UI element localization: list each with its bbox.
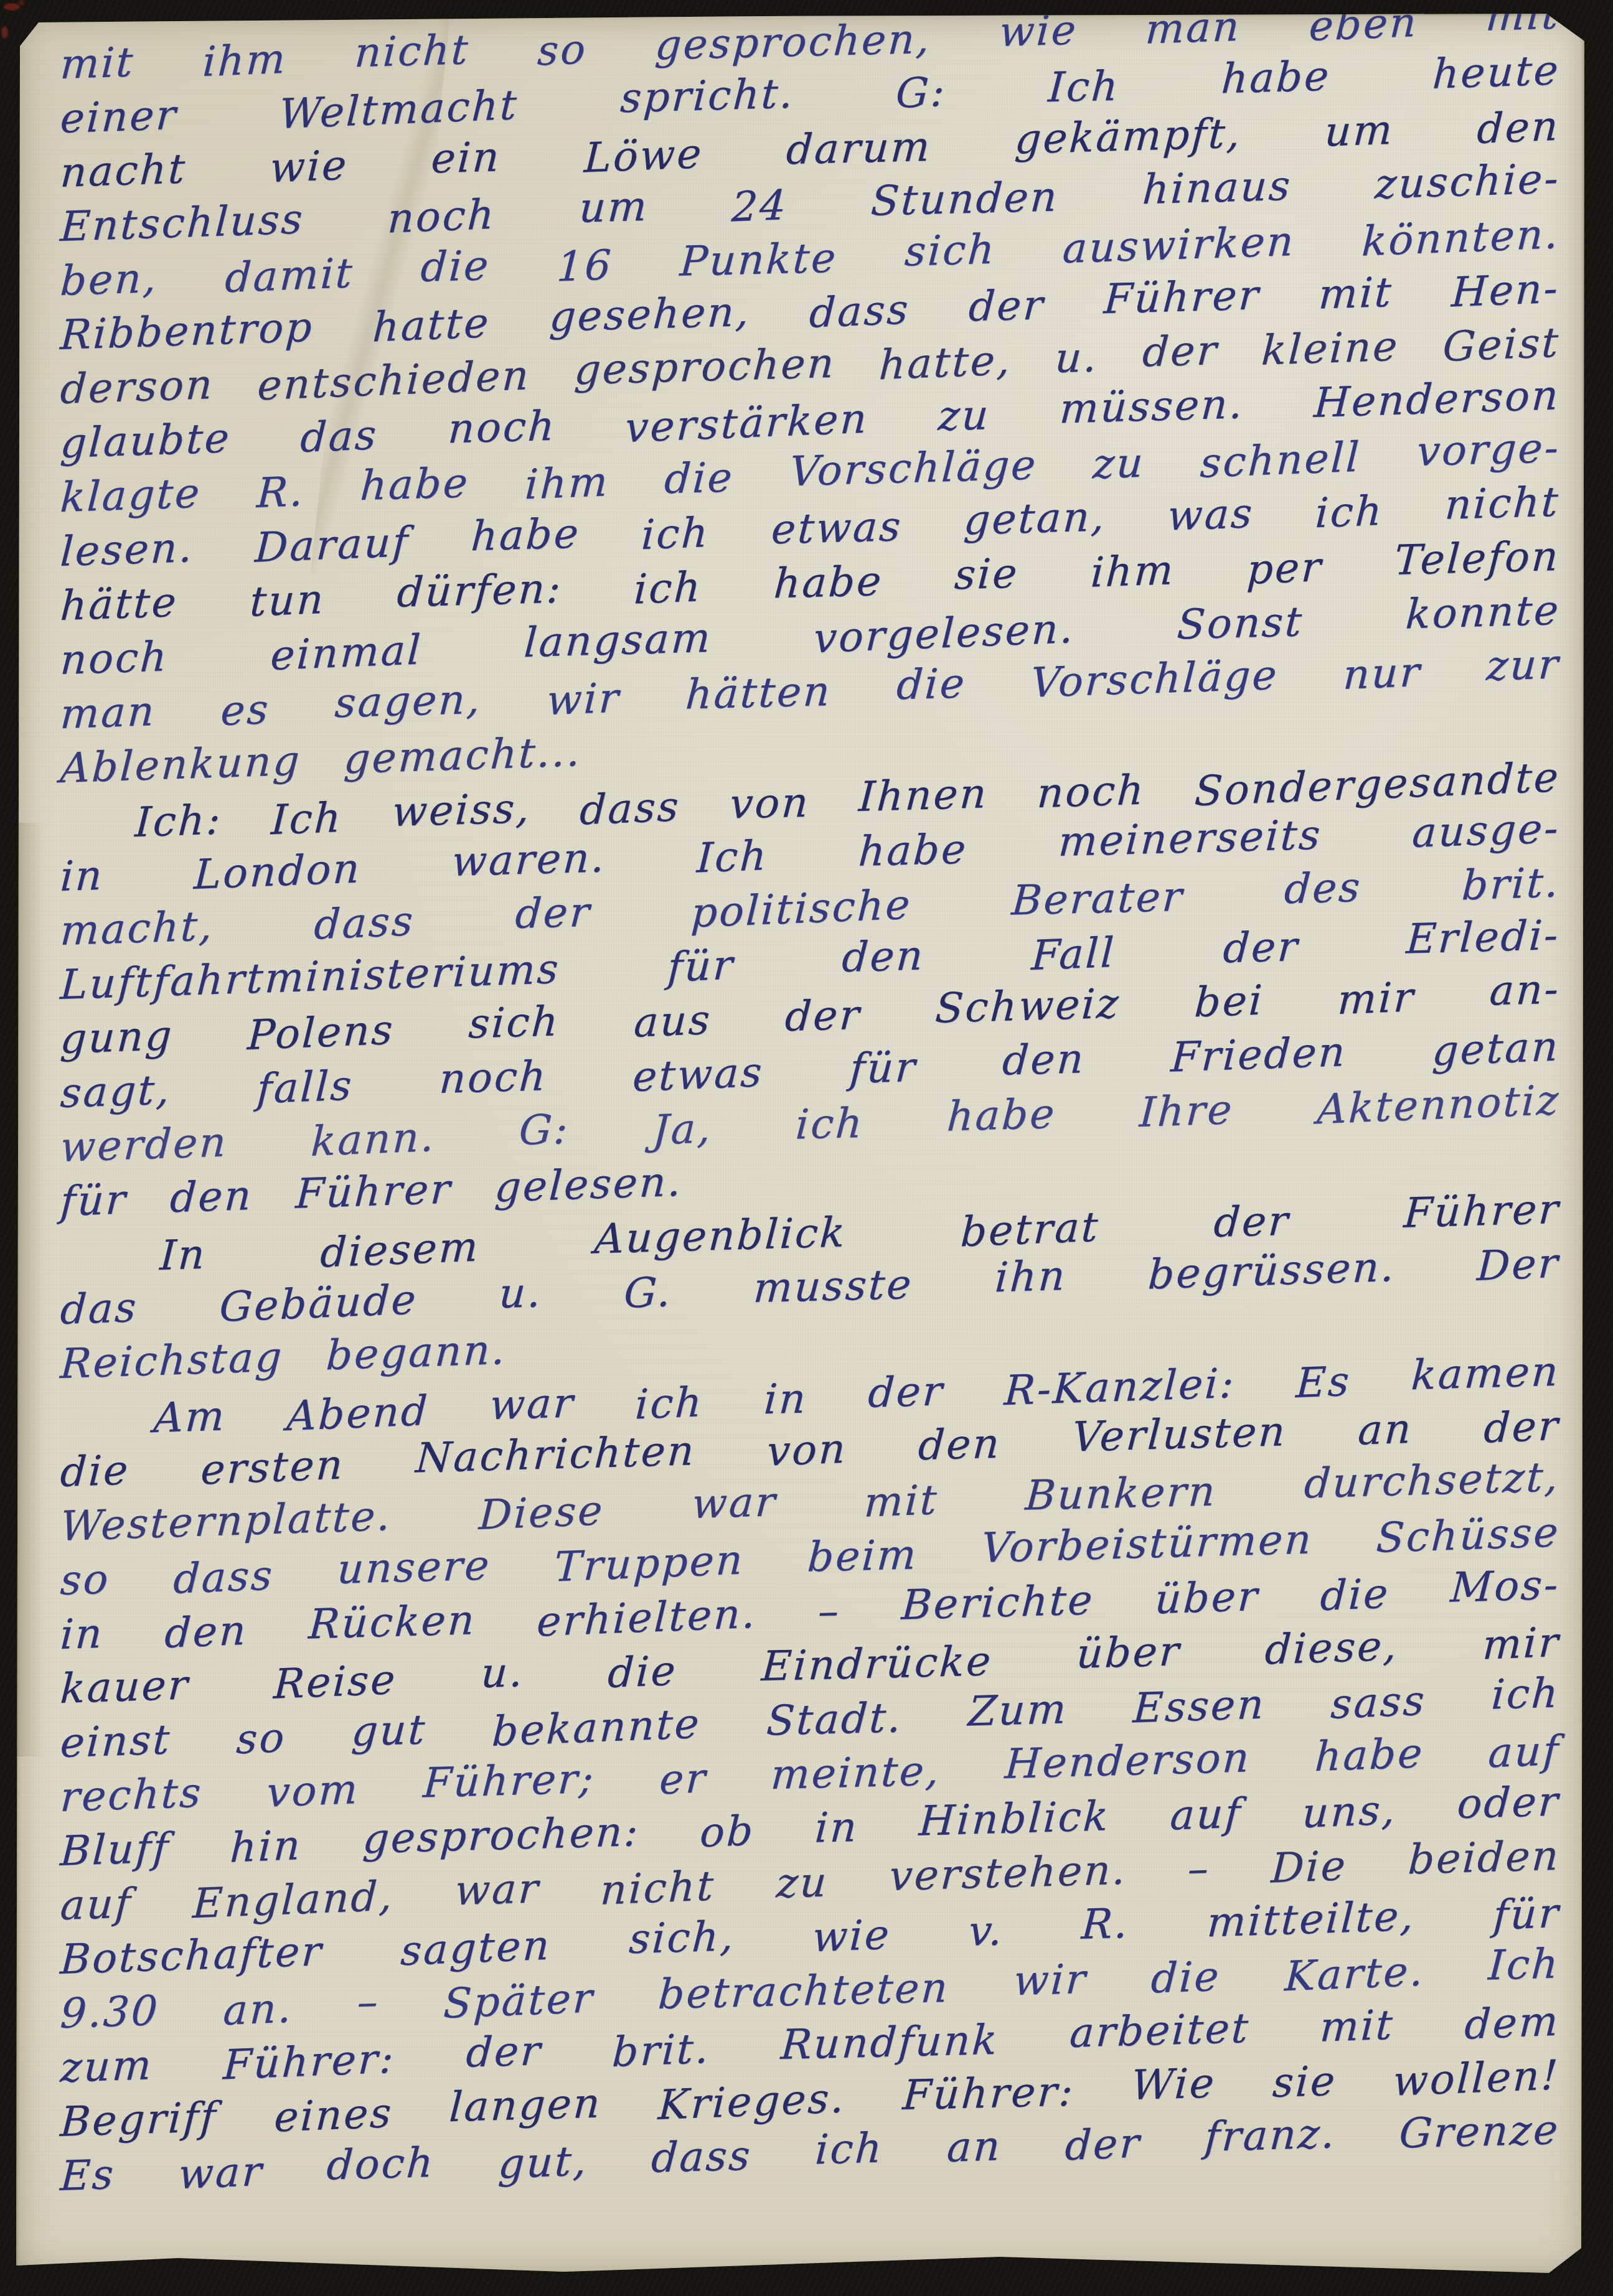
word: Am [153, 1389, 228, 1445]
word: die [607, 1643, 679, 1700]
word: nicht [353, 22, 471, 80]
word: er [658, 1751, 708, 1807]
word: für [848, 1040, 918, 1096]
word: den [1001, 1031, 1087, 1088]
word: Nachrichten [414, 1423, 697, 1485]
word: mitteilte, [1206, 1889, 1417, 1950]
word: ich [641, 505, 712, 562]
word: erhielten. [535, 1586, 758, 1649]
word: per [1245, 540, 1324, 597]
word: heute [1431, 43, 1561, 101]
word: vom [265, 1762, 360, 1820]
word: England, [192, 1868, 395, 1931]
word: zu [1091, 436, 1146, 492]
word: mir [1481, 1615, 1561, 1672]
word: hätte [59, 575, 180, 633]
word: Truppen [553, 1532, 745, 1594]
word: einer [59, 88, 179, 146]
word: den [163, 1603, 248, 1661]
word: auswirken [1061, 214, 1297, 276]
word: wir [1012, 1952, 1089, 2008]
word: nacht [59, 141, 189, 200]
word: Punkte [679, 231, 839, 289]
word: betrachteten [657, 1961, 951, 2022]
word: um [578, 179, 650, 235]
word: wie [268, 138, 349, 195]
word: Bluff [59, 1820, 172, 1878]
word: sagten [399, 1918, 552, 1979]
word: schnell [1199, 429, 1362, 490]
word: der [514, 885, 593, 942]
word: Grenze [1398, 2102, 1561, 2160]
word: Geist [1441, 315, 1561, 374]
word: ihm [201, 32, 288, 89]
word: so [536, 22, 588, 78]
word: ihm [524, 454, 610, 512]
word: brit. [1460, 855, 1561, 912]
word: kauer [59, 1657, 191, 1716]
word: franz. [1203, 2106, 1338, 2164]
word: spricht. [619, 66, 796, 125]
word: bei [1193, 973, 1265, 1029]
word: eines [273, 2086, 394, 2145]
word: brit. [611, 2022, 712, 2079]
word: begrüssen. [1147, 1240, 1397, 1302]
word: der [967, 278, 1046, 334]
word: habe [946, 1087, 1058, 1144]
word: 16 [556, 238, 614, 294]
word: in [762, 1371, 809, 1427]
word: über [1075, 1624, 1182, 1681]
word: das [299, 408, 380, 465]
word: von [766, 1422, 849, 1479]
word: sie [1271, 2054, 1338, 2111]
word: nicht [1444, 475, 1562, 532]
word: dem [1464, 1994, 1561, 2052]
word: einst [59, 1712, 173, 1770]
word: Bunkern [1024, 1464, 1219, 1522]
word: an [946, 2119, 1004, 2175]
scan-artifact [4, 3, 20, 11]
word: Fall [1030, 925, 1117, 983]
word: mit [59, 35, 136, 91]
word: In [159, 1227, 208, 1283]
word: zur [1485, 637, 1561, 693]
word: kamen [1410, 1344, 1562, 1403]
word: den [916, 1417, 1002, 1473]
word: an [1357, 1402, 1414, 1458]
word: nicht [599, 1858, 717, 1917]
word: dürfen: [395, 561, 564, 620]
word: arbeitet [1068, 2001, 1251, 2060]
word: sagen, [334, 672, 484, 731]
word: dass [172, 1548, 275, 1606]
word: Diese [478, 1483, 606, 1542]
word: lesen. [59, 520, 195, 579]
word: habe [359, 456, 471, 513]
word: damit [223, 246, 355, 305]
word: noch [446, 399, 558, 456]
scan-background: mitihmnichtsogesprochen,wiemanebenmitein… [0, 0, 1613, 2296]
word: werden [59, 1115, 230, 1174]
word: ersten [200, 1437, 346, 1497]
word: gesprochen, [654, 14, 933, 72]
word: war [690, 1474, 779, 1531]
word: in [59, 1606, 105, 1662]
word: man [1144, 14, 1242, 57]
word: meinerseits [1056, 808, 1323, 869]
word: Stadt. [764, 1690, 904, 1748]
word: Schüsse [1375, 1505, 1561, 1565]
scan-artifact [19, 0, 24, 6]
word: noch [386, 187, 497, 246]
word: könnten. [1361, 207, 1561, 269]
word: glaubte [59, 411, 233, 471]
word: den [1476, 99, 1561, 156]
word: den [840, 928, 926, 985]
word: Ribbentrop [59, 300, 316, 362]
word: Ich [1487, 1936, 1562, 1992]
word: Schweiz [934, 977, 1122, 1036]
word: Entschluss [59, 192, 306, 254]
word: der [1064, 2116, 1142, 2173]
word: tun [248, 572, 326, 629]
word: die [1319, 1567, 1391, 1624]
word: mit [1319, 1998, 1396, 2055]
word: noch [1036, 762, 1147, 820]
word: durchsetzt, [1303, 1450, 1561, 1511]
word: über [1154, 1569, 1261, 1627]
word: macht, [59, 899, 216, 958]
word: der [1483, 1399, 1561, 1456]
word: ich [633, 560, 703, 616]
word: Mos- [1449, 1558, 1562, 1615]
word: Berater [1010, 869, 1186, 928]
word: Vorbeistürmen [980, 1512, 1315, 1575]
word: Rücken [307, 1593, 477, 1651]
word: dass [313, 894, 416, 952]
handwriting-block: mitihmnichtsogesprochen,wiemanebenmitein… [60, 37, 1561, 2203]
word: Ihnen [857, 766, 990, 824]
word: u. [1053, 330, 1100, 385]
word: weiss, [390, 781, 532, 839]
word: gung [59, 1008, 175, 1066]
word: Henderson [1004, 1730, 1253, 1791]
word: die [895, 656, 967, 712]
word: Telefon [1393, 529, 1562, 588]
word: – [355, 1974, 381, 2029]
word: in [813, 1800, 860, 1855]
word: der [784, 988, 863, 1044]
word: Führer; [422, 1751, 597, 1811]
word: Rundfunk [779, 2013, 1000, 2072]
word: sich [903, 222, 998, 279]
word: etwas [769, 499, 904, 556]
word: ich [1314, 484, 1385, 540]
word: das [59, 1280, 139, 1337]
word: habe [1220, 49, 1332, 106]
word: R. [1080, 1896, 1131, 1952]
word: der [867, 1364, 946, 1420]
word: konnte [1404, 583, 1561, 642]
word: sass [1330, 1673, 1427, 1731]
word: rechts [59, 1765, 204, 1824]
word: meinte, [769, 1743, 943, 1802]
word: aus [633, 993, 713, 1050]
word: getan [1431, 1019, 1561, 1078]
word: Verlusten [1071, 1404, 1289, 1464]
word: Karte. [1283, 1944, 1426, 2003]
word: 24 [730, 178, 789, 235]
word: ben, [59, 251, 160, 308]
word: Es [59, 2147, 117, 2203]
word: dass [578, 779, 682, 838]
word: es [220, 682, 271, 738]
word: wir [545, 670, 621, 728]
word: so [59, 1552, 111, 1608]
word: uns, [1301, 1783, 1398, 1840]
word: derson [59, 357, 216, 416]
word: für [1492, 1886, 1561, 1942]
word: getan, [962, 489, 1108, 547]
word: gut, [497, 2134, 589, 2191]
word: Hen- [1451, 261, 1561, 319]
word: hatte [371, 296, 491, 355]
word: war [488, 1375, 576, 1432]
word: habe [772, 554, 885, 611]
word: habe [1314, 1726, 1426, 1784]
word: habe [470, 506, 582, 563]
word: Führer: [901, 2064, 1076, 2122]
word: so [235, 1710, 288, 1766]
word: ihm [1089, 543, 1177, 600]
word: auf [1169, 1786, 1243, 1843]
word: auf [59, 1876, 134, 1933]
word: der [464, 2023, 543, 2080]
word: in [59, 848, 105, 904]
word: falls [255, 1058, 354, 1116]
word: v. [967, 1903, 1005, 1959]
word: London [193, 841, 363, 902]
word: – [816, 1584, 842, 1639]
word: Ihre [1138, 1082, 1235, 1140]
word: langsam [523, 611, 714, 670]
word: wie [811, 1907, 892, 1964]
word: Führer [1102, 268, 1261, 326]
word: wollen! [1392, 2048, 1561, 2109]
word: noch [438, 1049, 549, 1106]
word: ich [814, 2120, 885, 2177]
word: Später [442, 1970, 595, 2031]
word: – [1187, 1841, 1212, 1896]
word: war [177, 2144, 265, 2202]
word: Frieden [1170, 1024, 1348, 1084]
word: hätten [684, 664, 833, 722]
word: Ja, [651, 1101, 713, 1158]
word: Henderson [1312, 368, 1561, 430]
word: war [453, 1861, 542, 1918]
word: Augenblick [593, 1205, 848, 1266]
word: doch [326, 2135, 437, 2193]
word: gesprochen: [361, 1804, 641, 1866]
word: hin [229, 1818, 303, 1875]
word: Die [1269, 1839, 1348, 1896]
word: 9.30 [59, 1984, 161, 2041]
word: G: [895, 65, 948, 121]
word: musste [752, 1257, 915, 1315]
word: die [1150, 1949, 1222, 2006]
word: diese, [1264, 1618, 1400, 1677]
word: die [59, 1443, 131, 1499]
word: ob [698, 1804, 756, 1860]
word: Begriff [59, 2090, 219, 2149]
word: gekämpft, [1013, 106, 1243, 167]
word: mit [1317, 265, 1394, 322]
word: die [663, 450, 736, 506]
word: was [1166, 486, 1255, 543]
word: Ich [270, 790, 344, 848]
word: wie [998, 14, 1079, 59]
word: für [666, 938, 736, 995]
word: der [1221, 919, 1300, 975]
word: R. [255, 464, 306, 520]
word: zum [59, 2038, 155, 2095]
word: vorge- [1415, 421, 1561, 479]
word: Führer: [222, 2031, 397, 2092]
word: des [1283, 860, 1363, 917]
word: Ich [1046, 59, 1121, 115]
word: sich, [628, 1909, 737, 1966]
word: zu [774, 1855, 830, 1910]
word: sie [953, 546, 1020, 602]
word: an- [1488, 962, 1561, 1018]
paper-edge-shadow [16, 823, 54, 1756]
word: etwas [632, 1045, 765, 1104]
word: Vorschläge [788, 438, 1039, 499]
word: zu [936, 388, 992, 443]
word: ihn [994, 1249, 1068, 1305]
word: an. [222, 1980, 294, 2038]
word: Erledi- [1405, 908, 1562, 967]
word: habe [857, 822, 969, 879]
word: Ich [695, 828, 769, 886]
word: Reise [272, 1652, 398, 1712]
word: G: [517, 1102, 571, 1158]
word: u. [497, 1265, 544, 1321]
word: zuschie- [1373, 151, 1561, 212]
word: oder [1456, 1774, 1562, 1831]
word: nur [1342, 645, 1423, 702]
word: der [1140, 323, 1220, 380]
word: ausge- [1411, 801, 1561, 860]
word: müssen. [1058, 377, 1246, 436]
word: gesprochen [573, 336, 837, 398]
word: Hinblick [918, 1789, 1112, 1849]
scan-artifact [1, 26, 8, 39]
word: waren. [451, 830, 608, 889]
word: klagte [59, 466, 203, 525]
word: hinaus [1141, 159, 1294, 217]
word: die [419, 238, 492, 294]
word: der [1212, 1194, 1291, 1250]
word: von [728, 775, 811, 831]
word: Löwe [583, 126, 704, 185]
word: noch [59, 629, 170, 687]
word: ein [430, 129, 502, 185]
word: Sonst [1175, 594, 1305, 652]
word: Botschafter [59, 1924, 325, 1987]
word: gut [350, 1702, 428, 1758]
word: verstehen. [888, 1843, 1129, 1904]
word: langen [448, 2076, 604, 2134]
word: mit [863, 1473, 939, 1530]
word: Der [1476, 1236, 1561, 1293]
word: Eindrücke [760, 1634, 994, 1694]
word: Wie [1130, 2056, 1218, 2112]
manuscript-page: mitihmnichtsogesprochen,wiemanebenmitein… [16, 14, 1584, 2275]
word: mit [1484, 14, 1561, 44]
word: Essen [1132, 1677, 1267, 1735]
word: beim [806, 1527, 919, 1584]
word: mir [1337, 970, 1416, 1027]
word: dass [650, 2129, 754, 2185]
word: sich [467, 994, 562, 1051]
word: Ich: [134, 792, 224, 850]
word: Gebäude [218, 1272, 418, 1334]
word: Darauf [254, 515, 411, 575]
word: beiden [1406, 1829, 1561, 1887]
word: Vorschläge [1029, 648, 1280, 710]
word: Zum [967, 1682, 1070, 1739]
word: auf [1487, 1723, 1561, 1781]
word: hatte, [878, 333, 1013, 393]
word: ich [1490, 1666, 1562, 1722]
word: u. [479, 1645, 526, 1700]
word: ich [794, 1096, 865, 1152]
word: bekannte [491, 1696, 702, 1758]
word: man [59, 684, 158, 741]
word: kleine [1260, 319, 1401, 377]
word: Es [1295, 1354, 1352, 1410]
word: Polens [246, 1003, 395, 1062]
word: Führer [1403, 1182, 1562, 1240]
word: dass [808, 282, 911, 340]
word: unsere [336, 1538, 492, 1596]
word: Stunden [870, 169, 1061, 228]
word: um [1324, 103, 1396, 159]
word: kann. [309, 1110, 437, 1169]
word: G. [623, 1265, 674, 1321]
word: darum [784, 119, 933, 177]
word: gesehen, [548, 284, 752, 344]
word: sagt, [59, 1062, 173, 1120]
word: Berichte [900, 1573, 1096, 1633]
